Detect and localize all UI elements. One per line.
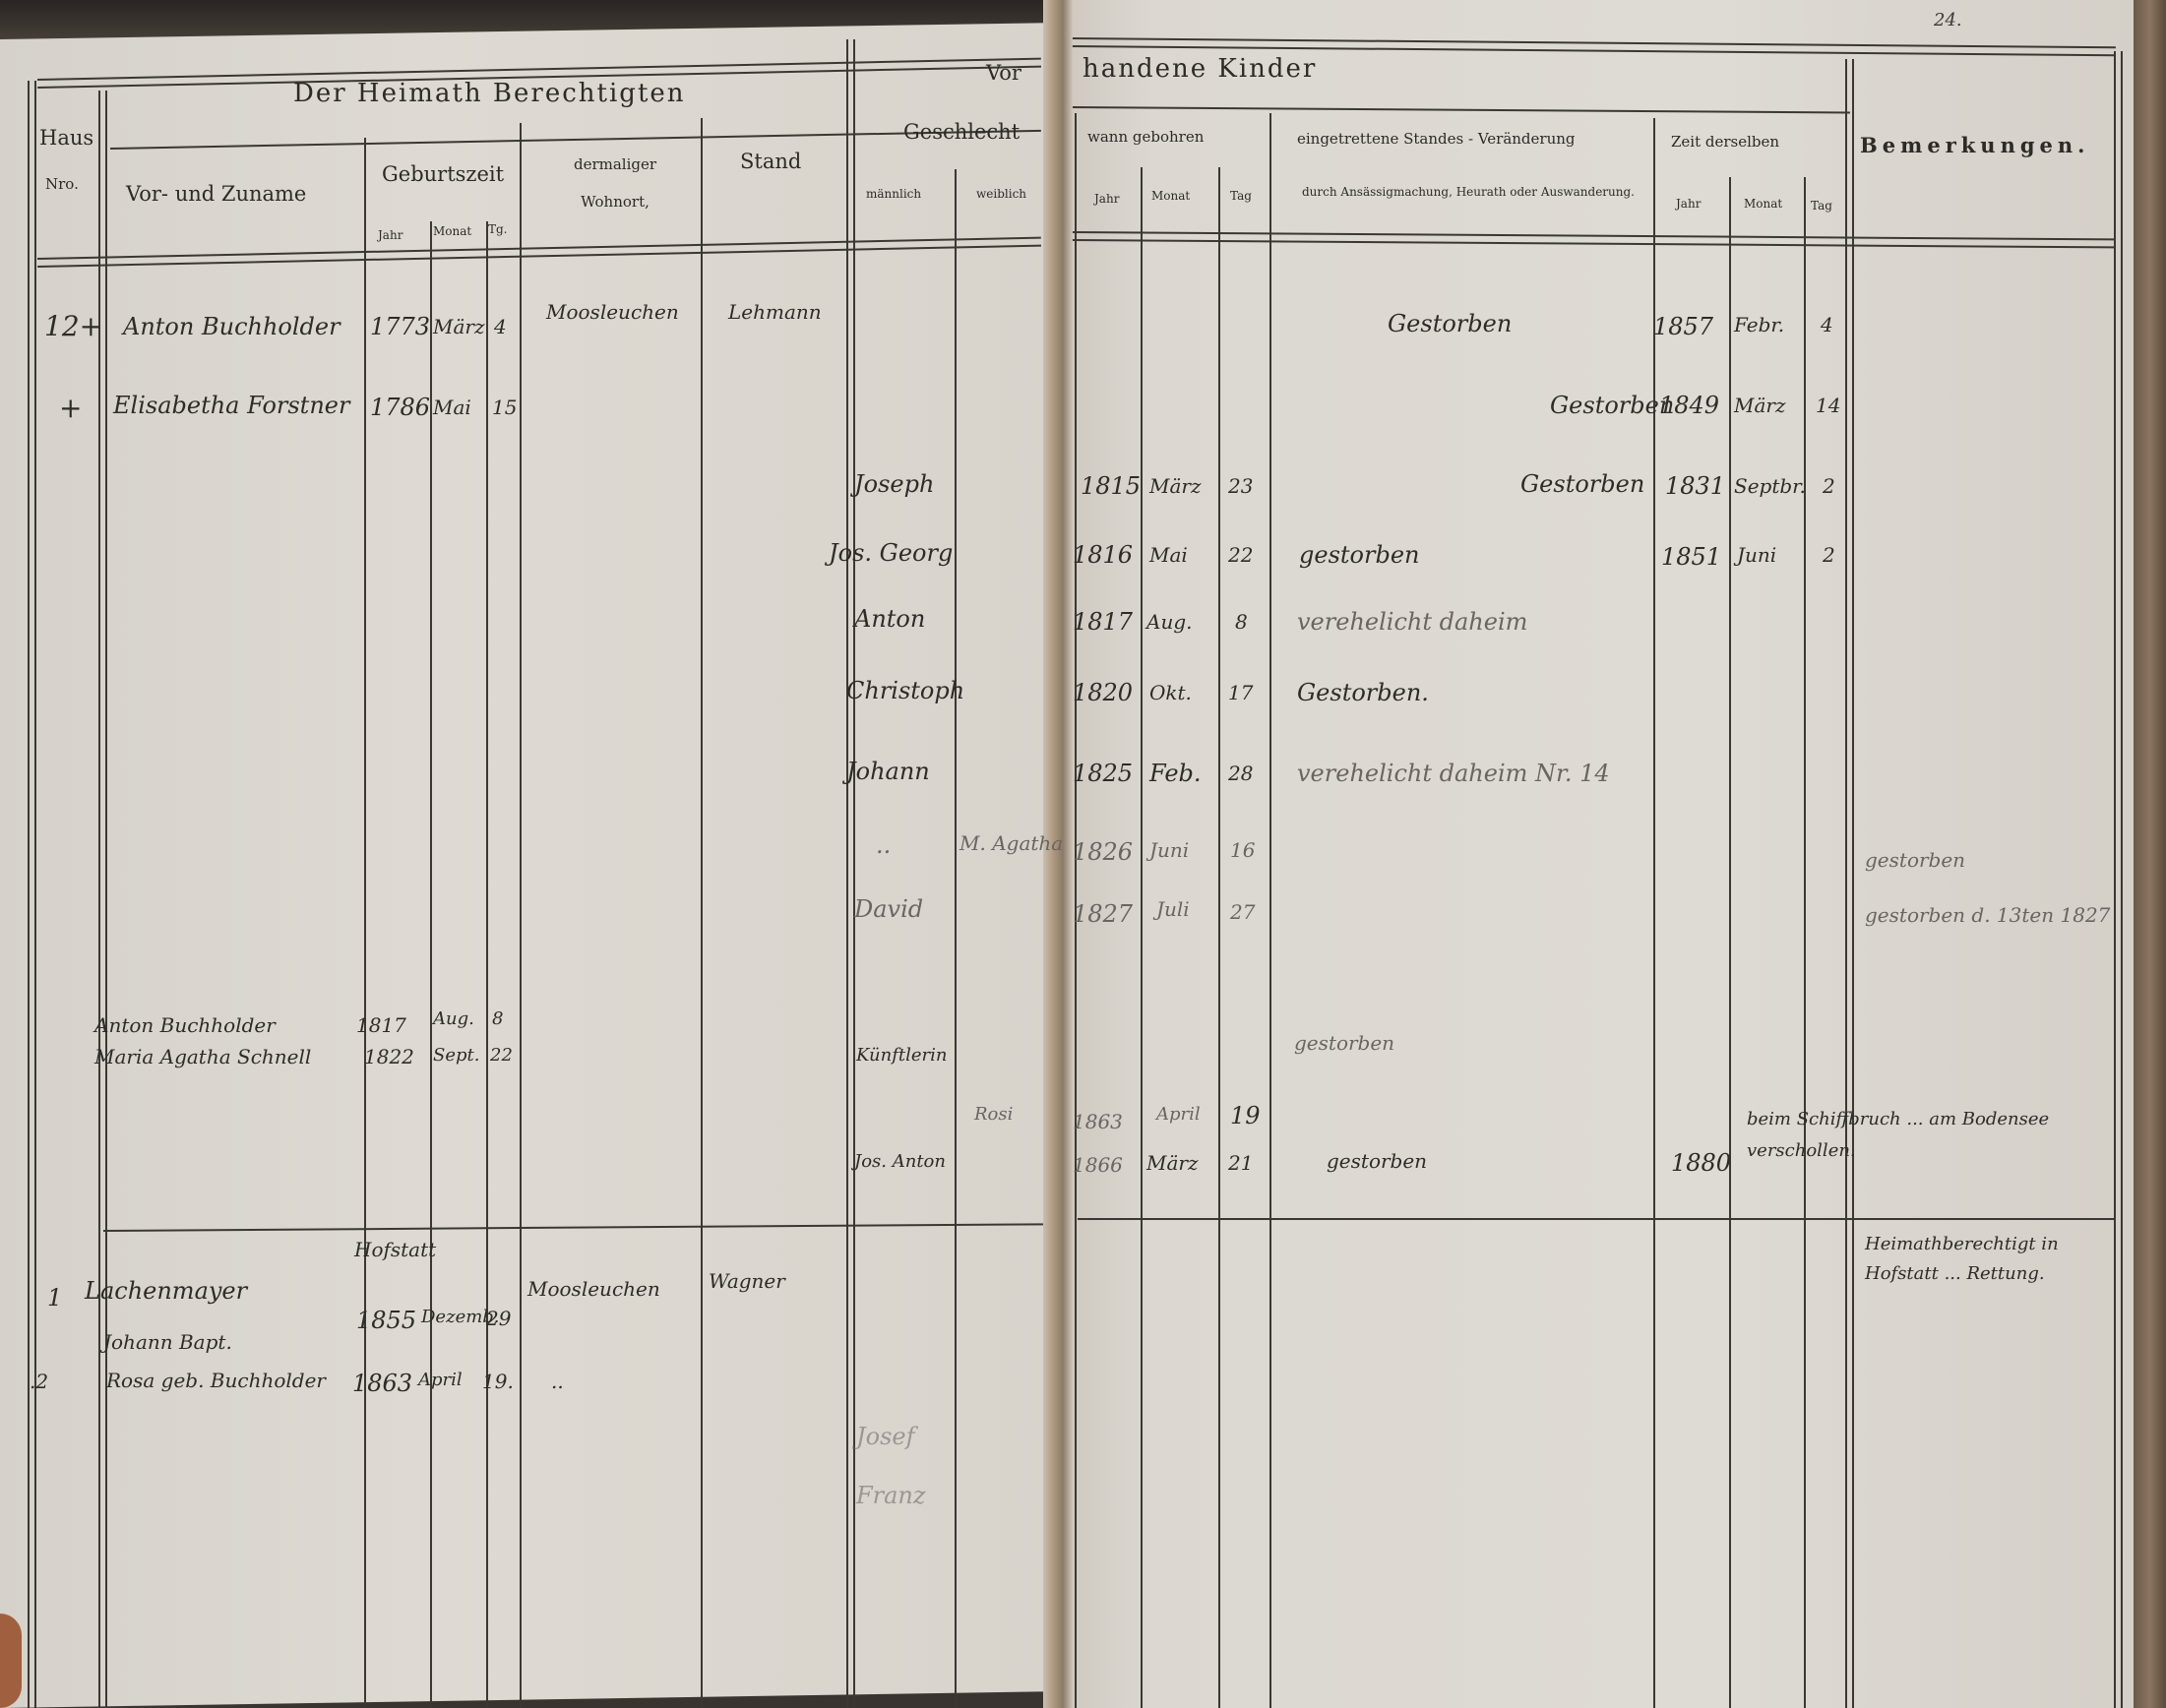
entry-geburtszeit-note: Hofstatt — [354, 1238, 436, 1261]
bemerkungen-col-rule — [1845, 59, 1854, 1708]
zeit-jahr-label: Jahr — [1676, 197, 1701, 211]
entry-jahr: 1817 — [356, 1013, 406, 1037]
entry-zeit-monat: Juni — [1737, 543, 1776, 567]
kind-monat-label: Monat — [1151, 189, 1190, 203]
geschlecht-label: Geschlecht — [903, 120, 1020, 144]
entry-kind-jahr: 1816 — [1073, 541, 1133, 569]
right-border — [2114, 51, 2123, 1708]
entry-kind-jahr: 1815 — [1081, 472, 1141, 500]
entry-kind-monat: Juli — [1156, 897, 1190, 921]
entry-kind: Künftlerin — [856, 1045, 948, 1066]
section-divider-right — [1078, 1218, 2116, 1220]
entry-zeit-jahr: 1831 — [1665, 472, 1725, 500]
bemerkungen-label: Bemerkungen. — [1860, 133, 2089, 157]
entry-kind-monat: März — [1146, 1151, 1199, 1175]
entry-monat: Sept. — [433, 1045, 479, 1066]
entry-tag: 22 — [490, 1045, 513, 1066]
stand-col-rule — [846, 39, 855, 1708]
entry-stand: Lehmann — [728, 300, 822, 324]
nro-label: Nro. — [45, 175, 79, 193]
entry-kind: Jos. Anton — [854, 1151, 946, 1172]
entry-kind-jahr: 1827 — [1073, 900, 1133, 928]
jahr-col-rule — [430, 221, 432, 1708]
entry-veraenderung: gestorben — [1327, 1149, 1427, 1173]
kind-tag-label: Tag — [1230, 189, 1252, 203]
name-label: Vor- und Zuname — [126, 182, 306, 206]
entry-zeit-monat: Septbr. — [1734, 474, 1806, 498]
entry-bemerkung: beim Schiffbruch ... am Bodensee verscho… — [1747, 1104, 2081, 1167]
entry-kind-jahr: 1817 — [1073, 608, 1133, 636]
entry-zeit-monat: Febr. — [1734, 313, 1784, 336]
entry-kind-tag: 27 — [1230, 900, 1255, 924]
entry-monat: März — [433, 315, 485, 338]
entry-wohnort: Moosleuchen — [546, 300, 679, 324]
entry-monat: April — [418, 1370, 463, 1390]
entry-kind: .. — [876, 831, 891, 859]
entry-zeit-jahr: 1880 — [1671, 1149, 1731, 1177]
left-border — [28, 81, 36, 1708]
entry-kind-monat: Aug. — [1146, 610, 1192, 634]
entry-name: Anton Buchholder — [94, 1013, 276, 1037]
entry-tag: 29 — [486, 1307, 511, 1330]
entry-veraenderung: gestorben — [1294, 1031, 1394, 1055]
entry-kind-monat: Feb. — [1149, 760, 1202, 787]
entry-zeit-jahr: 1849 — [1659, 392, 1719, 419]
entry-kind: David — [854, 895, 923, 923]
entry-kind-tag: 17 — [1228, 681, 1253, 704]
entry-kind: Johann — [846, 758, 930, 785]
entry-kind: Christoph — [846, 677, 964, 704]
entry-jahr: 1863 — [352, 1370, 412, 1397]
jahr-label: Jahr — [378, 228, 402, 242]
zeit-derselben-label: Zeit derselben — [1671, 133, 1779, 151]
kind-jahr-label: Jahr — [1094, 192, 1119, 206]
entry-weiblich: Rosi — [974, 1104, 1013, 1125]
entry-wohnort: .. — [551, 1370, 564, 1393]
entry-jahr: 1822 — [364, 1045, 414, 1068]
entry-veraenderung: verehelicht daheim Nr. 14 — [1297, 760, 1610, 787]
entry-zeit-tag: 2 — [1823, 543, 1835, 567]
entry-veraenderung: Gestorben. — [1297, 679, 1429, 706]
entry-tag: 8 — [492, 1008, 503, 1029]
veraenderung-col-rule — [1653, 118, 1655, 1708]
entry-kind: Anton — [854, 605, 925, 633]
wohnort-col-rule — [701, 118, 703, 1708]
geburtszeit-col-rule — [520, 123, 522, 1708]
entry-zeit-monat: März — [1734, 394, 1786, 417]
entry-monat: Aug. — [433, 1008, 474, 1029]
zeit-jahr-col-rule — [1729, 177, 1731, 1708]
entry-jahr: 1773 — [370, 313, 430, 340]
entry-bemerkung: gestorben d. 13ten 1827 — [1865, 903, 2110, 927]
entry-kind-monat: Okt. — [1149, 681, 1192, 704]
entry-kind-tag: 28 — [1228, 762, 1253, 785]
entry-haus: .2 — [30, 1370, 48, 1393]
geburtszeit-label: Geburtszeit — [382, 162, 504, 186]
entry-kind-tag: 21 — [1228, 1151, 1253, 1175]
weiblich-label: weiblich — [976, 187, 1026, 201]
entry-kind-tag: 22 — [1228, 543, 1253, 567]
maennlich-col-rule — [955, 169, 957, 1708]
entry-veraenderung: Gestorben — [1388, 310, 1512, 337]
entry-kind-tag: 19 — [1230, 1102, 1261, 1129]
entry-monat: Mai — [433, 396, 471, 419]
entry-kind-monat: April — [1156, 1104, 1201, 1125]
entry-name: Lachenmayer — [85, 1277, 247, 1305]
entry-tag: 4 — [494, 315, 507, 338]
entry-name: Elisabetha Forstner — [113, 392, 349, 419]
entry-kind-monat: Juni — [1149, 838, 1189, 862]
kind-jahr-col-rule — [1141, 167, 1143, 1708]
entry-name: Johann Bapt. — [103, 1330, 232, 1354]
entry-haus: 1 — [47, 1284, 62, 1311]
entry-bemerkung: Heimathberechtigt in Hofstatt ... Rettun… — [1865, 1230, 2101, 1289]
entry-veraenderung: Gestorben — [1520, 470, 1644, 498]
entry-kind-tag: 8 — [1235, 610, 1248, 634]
header-title-right: handene Kinder — [1083, 54, 1317, 84]
entry-kind-jahr: 1825 — [1073, 760, 1133, 787]
wohnort-label: dermaliger Wohnort, — [551, 146, 679, 220]
entry-name: Rosa geb. Buchholder — [106, 1364, 342, 1397]
entry-haus: + — [59, 392, 82, 424]
monat-label: Monat — [433, 224, 471, 238]
tag-label: Tg. — [488, 222, 508, 236]
entry-zeit-jahr: 1857 — [1653, 313, 1713, 340]
entry-veraenderung: verehelicht daheim — [1297, 608, 1527, 636]
haus-label: Haus — [39, 126, 93, 150]
entry-kind-monat: März — [1149, 474, 1202, 498]
veraenderung-sub-label: durch Ansässigmachung, Heurath oder Ausw… — [1301, 183, 1636, 201]
entry-kind: Joseph — [854, 470, 934, 498]
header-title-left: Der Heimath Berechtigten — [293, 79, 686, 108]
entry-zeit-tag: 2 — [1823, 474, 1835, 498]
entry-kind-jahr: 1866 — [1073, 1153, 1123, 1177]
entry-veraenderung: gestorben — [1299, 541, 1419, 569]
maennlich-label: männlich — [866, 187, 921, 201]
entry-zeit-tag: 14 — [1816, 394, 1840, 417]
entry-kind: Josef Franz — [856, 1407, 935, 1525]
wann-gebohren-label: wann gebohren — [1087, 128, 1204, 146]
entry-wohnort: Moosleuchen — [527, 1277, 660, 1301]
kind-monat-col-rule — [1218, 167, 1220, 1708]
entry-kind-jahr: 1863 — [1073, 1110, 1123, 1133]
header-title-fragment: Vor — [986, 61, 1021, 85]
page-number: 24. — [1934, 10, 1962, 30]
monat-col-rule — [486, 221, 488, 1708]
entry-tag: 15 — [492, 396, 517, 419]
entry-bemerkung: gestorben — [1865, 848, 1965, 872]
entry-kind-jahr: 1820 — [1073, 679, 1133, 706]
entry-stand: Wagner — [709, 1269, 785, 1293]
entry-name: Maria Agatha Schnell — [94, 1045, 311, 1068]
kind-tag-col-rule — [1269, 113, 1271, 1708]
entry-name: Anton Buchholder — [123, 313, 340, 340]
entry-weiblich: M. Agatha — [959, 831, 1063, 855]
book-edge — [2134, 0, 2166, 1708]
entry-haus: 12+ — [44, 310, 102, 342]
entry-kind-tag: 16 — [1230, 838, 1255, 862]
entry-kind-jahr: 1826 — [1073, 838, 1133, 866]
zeit-monat-label: Monat — [1744, 197, 1782, 211]
entry-kind-monat: Mai — [1149, 543, 1188, 567]
entry-zeit-tag: 4 — [1821, 313, 1833, 336]
stand-label: Stand — [740, 150, 801, 173]
entry-kind-tag: 23 — [1228, 474, 1253, 498]
veraenderung-label: eingetrettene Standes - Veränderung — [1297, 130, 1576, 148]
zeit-tag-label: Tag — [1811, 199, 1832, 213]
name-col-rule — [364, 138, 366, 1708]
zeit-monat-col-rule — [1804, 177, 1806, 1708]
entry-tag: 19. — [482, 1370, 514, 1393]
entry-jahr: 1855 — [356, 1307, 416, 1334]
finger — [0, 1614, 22, 1708]
entry-jahr: 1786 — [370, 394, 430, 421]
entry-kind: Jos. Georg — [829, 539, 953, 567]
entry-zeit-jahr: 1851 — [1661, 543, 1721, 571]
entry-veraenderung: Gestorben — [1550, 392, 1674, 419]
